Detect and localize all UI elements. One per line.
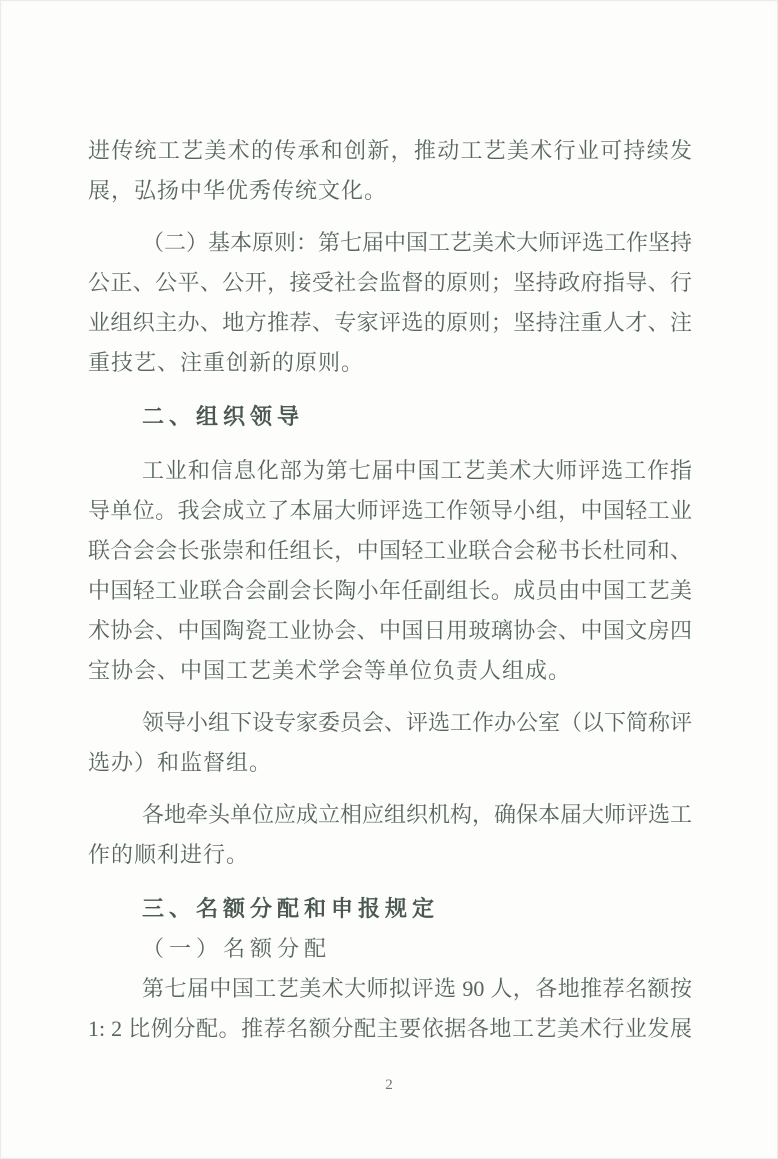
text-line: 展，弘扬中华优秀传统文化。 — [88, 171, 692, 211]
page-footer: 2 — [0, 1070, 778, 1100]
text-line: 进传统工艺美术的传承和创新，推动工艺美术行业可持续发 — [88, 131, 692, 171]
text-line: 业组织主办、地方推荐、专家评选的原则；坚持注重人才、注 — [88, 303, 692, 343]
text-line: 工业和信息化部为第七届中国工艺美术大师评选工作指 — [88, 451, 692, 491]
text-line: 第七届中国工艺美术大师拟评选 90 人，各地推荐名额按 — [88, 969, 692, 1009]
text-line: 领导小组下设专家委员会、评选工作办公室（以下简称评 — [88, 703, 692, 743]
text-line: 联合会会长张崇和任组长，中国轻工业联合会秘书长杜同和、 — [88, 531, 692, 571]
text-line: 重技艺、注重创新的原则。 — [88, 343, 692, 383]
text-line: 二、组织领导 — [88, 397, 692, 437]
text-line: 导单位。我会成立了本届大师评选工作领导小组，中国轻工业 — [88, 491, 692, 531]
paragraph: 第七届中国工艺美术大师拟评选 90 人，各地推荐名额按1: 2 比例分配。推荐名… — [88, 969, 692, 1049]
page-number: 2 — [385, 1077, 393, 1093]
paragraph: 工业和信息化部为第七届中国工艺美术大师评选工作指导单位。我会成立了本届大师评选工… — [88, 451, 692, 691]
document-page: 进传统工艺美术的传承和创新，推动工艺美术行业可持续发展，弘扬中华优秀传统文化。（… — [0, 0, 778, 1159]
text-line: 中国轻工业联合会副会长陶小年任副组长。成员由中国工艺美 — [88, 571, 692, 611]
text-line: 1: 2 比例分配。推荐名额分配主要依据各地工艺美术行业发展 — [88, 1009, 692, 1049]
text-line: 宝协会、中国工艺美术学会等单位负责人组成。 — [88, 651, 692, 691]
text-line: （二）基本原则：第七届中国工艺美术大师评选工作坚持 — [88, 223, 692, 263]
text-line: 三、名额分配和申报规定 — [88, 889, 692, 929]
paragraph: （二）基本原则：第七届中国工艺美术大师评选工作坚持公正、公平、公开，接受社会监督… — [88, 223, 692, 383]
text-line: 公正、公平、公开，接受社会监督的原则；坚持政府指导、行 — [88, 263, 692, 303]
subheading: （一）名额分配 — [88, 929, 692, 969]
text-line: （一）名额分配 — [88, 929, 692, 969]
paragraph: 进传统工艺美术的传承和创新，推动工艺美术行业可持续发展，弘扬中华优秀传统文化。 — [88, 131, 692, 211]
text-line: 术协会、中国陶瓷工业协会、中国日用玻璃协会、中国文房四 — [88, 611, 692, 651]
text-line: 选办）和监督组。 — [88, 743, 692, 783]
text-line: 作的顺利进行。 — [88, 835, 692, 875]
heading: 三、名额分配和申报规定 — [88, 889, 692, 929]
document-body: 进传统工艺美术的传承和创新，推动工艺美术行业可持续发展，弘扬中华优秀传统文化。（… — [88, 131, 692, 1049]
paragraph: 领导小组下设专家委员会、评选工作办公室（以下简称评选办）和监督组。 — [88, 703, 692, 783]
heading: 二、组织领导 — [88, 397, 692, 437]
paragraph: 各地牵头单位应成立相应组织机构，确保本届大师评选工作的顺利进行。 — [88, 795, 692, 875]
text-line: 各地牵头单位应成立相应组织机构，确保本届大师评选工 — [88, 795, 692, 835]
